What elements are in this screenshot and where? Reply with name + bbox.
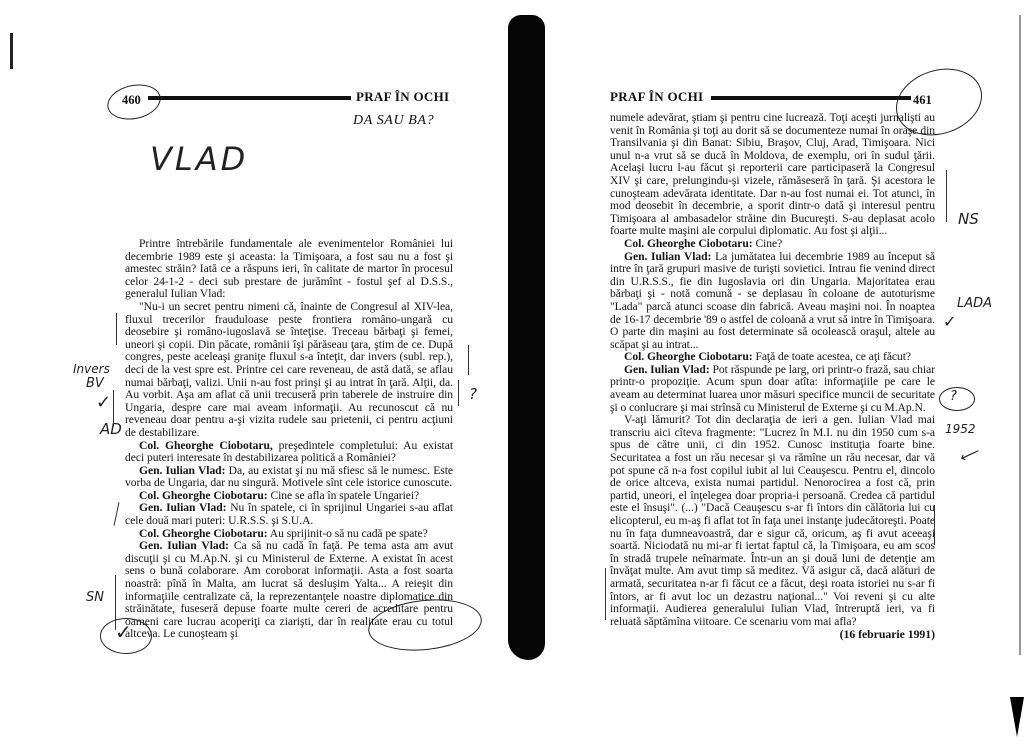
left-header-rule [148,96,351,100]
dialogue-line: Gen. Iulian Vlad: Pot răspunde pe larg, … [610,364,935,414]
article-date: (16 februarie 1991) [610,628,935,641]
margin-note-1952: 1952 [945,422,976,436]
margin-note-ns: NS [958,210,979,228]
margin-note-ad: AD [100,420,122,438]
right-header-rule [711,96,911,100]
page-edge-line [1019,15,1021,655]
speaker-name: Gen. Iulian Vlad: [139,539,229,552]
speaker-name: Col. Gheorghe Ciobotaru: [139,489,268,502]
speaker-name: Col. Gheorghe Ciobotaru: [139,527,268,540]
margin-bracket-annotation [116,313,117,345]
speaker-name: Col. Gheorghe Ciobotaru: [624,237,753,250]
check-mark-icon: ✓ [96,392,111,413]
speaker-name: Gen. Iulian Vlad: [139,501,226,514]
speaker-name: Gen. Iulian Vlad: [624,363,710,376]
quote-paragraph: "Nu-i un secret pentru nimeni că, înaint… [125,301,453,440]
left-page-number: 460 [122,93,141,108]
handwritten-title-annotation: VLAD [150,140,248,178]
speaker-name: Gen. Iulian Vlad: [139,464,225,477]
margin-bracket-annotation [605,568,606,620]
left-page-body: Printre întrebările fundamentale ale eve… [125,238,453,641]
article-subtitle: DA SAU BA? [353,113,434,129]
dialogue-line: Gen. Iulian Vlad: Da, au existat şi nu m… [125,465,453,490]
book-spine-shadow [508,15,545,660]
dialogue-line: Col. Gheorghe Ciobotaru, preşedintele co… [125,440,453,465]
margin-note-bv: BV [86,376,104,391]
speaker-name: Gen. Iulian Vlad: [624,250,711,263]
speaker-name: Col. Gheorghe Ciobotaru, [139,439,273,452]
margin-bracket-annotation [458,380,459,406]
margin-question-mark: ? [469,385,477,403]
margin-note-invers: Invers [73,362,110,376]
margin-bracket-annotation [468,345,469,375]
margin-bracket-annotation [114,502,120,526]
margin-arrow-annotation: ⟵ [958,444,983,467]
dialogue-line: Gen. Iulian Vlad: La jumătatea lui decem… [610,251,935,352]
dialogue-line: Gen. Iulian Vlad: Nu în spatele, ci în s… [125,502,453,527]
check-mark-icon: ✓ [943,312,956,331]
scan-corner-shadow [1010,697,1024,737]
right-running-head: PRAF ÎN OCHI [610,89,703,105]
margin-question-mark: ? [950,389,957,404]
body-paragraph: V-aţi lămurit? Tot din declaraţia de ier… [610,414,935,628]
margin-note-sn: SN [86,590,104,605]
intro-paragraph: Printre întrebările fundamentale ale eve… [125,238,453,301]
speaker-name: Col. Gheorghe Ciobotaru: [624,350,753,363]
margin-bracket-annotation [946,170,947,222]
left-running-head: PRAF ÎN OCHI [356,89,449,105]
continuation-paragraph: numele adevărat, ştiam şi pentru cine lu… [610,112,935,238]
question-circle-annotation [939,387,975,411]
margin-note-lada: LADA [957,296,992,311]
right-page-body: numele adevărat, ştiam şi pentru cine lu… [610,112,935,641]
scan-edge-mark [10,33,13,69]
check-mark-icon: ✓ [115,620,132,644]
margin-bracket-annotation [934,505,935,545]
